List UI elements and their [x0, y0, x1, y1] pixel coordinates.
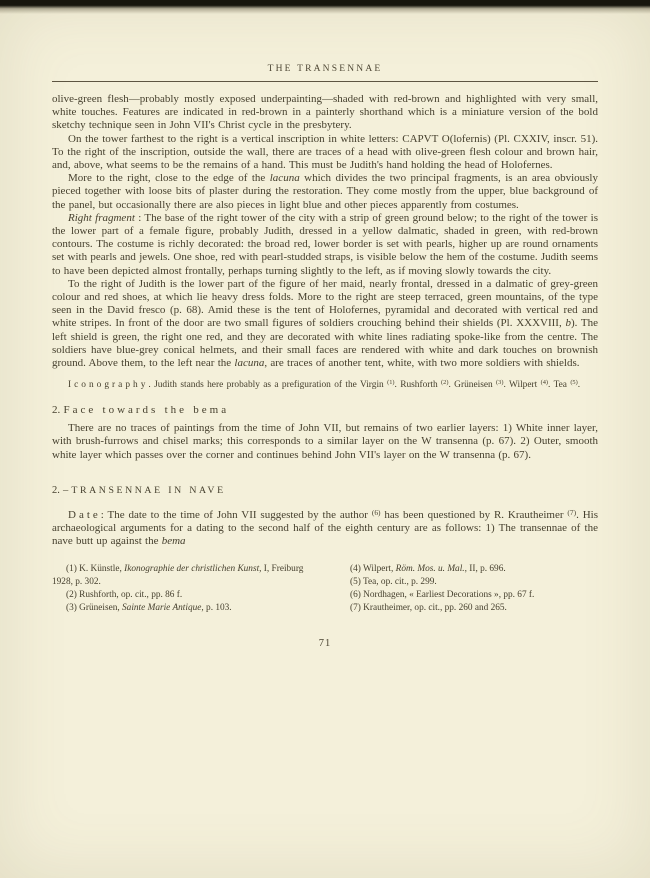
book-page: THE TRANSENNAE olive-green flesh—probabl…: [0, 0, 650, 878]
page-body: olive-green flesh—probably mostly expose…: [52, 93, 598, 548]
text-segment: Sainte Marie Antique: [122, 603, 201, 613]
running-head: THE TRANSENNAE: [0, 64, 650, 74]
scan-top-edge: [0, 0, 650, 14]
text-segment: , p. 103.: [201, 603, 231, 613]
paragraph: To the right of Judith is the lower part…: [52, 278, 598, 370]
text-segment: (2) Rushforth, op. cit., pp. 86 f.: [66, 590, 182, 600]
text-segment: Transennae in nave: [71, 485, 225, 496]
section-heading: 2. – Transennae in nave: [52, 484, 598, 497]
text-segment: . Tea: [548, 380, 570, 390]
footnotes-left-column: (1) K. Künstle, Ikonographie der christl…: [52, 563, 314, 615]
text-segment: . Grüneisen: [448, 380, 496, 390]
text-segment: (4) Wilpert,: [350, 564, 396, 574]
footnotes: (1) K. Künstle, Ikonographie der christl…: [52, 563, 598, 615]
text-segment: (4): [541, 379, 548, 386]
footnote: (7) Krautheimer, op. cit., pp. 260 and 2…: [336, 602, 598, 615]
subheading: 2. Face towards the bema: [52, 404, 598, 417]
text-segment: . Wilpert: [503, 380, 540, 390]
text-segment: (6) Nordhagen, « Earliest Decorations »,…: [350, 590, 534, 600]
paragraph: There are no traces of paintings from th…: [52, 422, 598, 462]
text-segment: . Judith stands here probably as a prefi…: [148, 380, 387, 390]
footnote: (6) Nordhagen, « Earliest Decorations »,…: [336, 589, 598, 602]
text-segment: 2.: [52, 404, 64, 416]
text-segment: (3) Grüneisen,: [66, 603, 122, 613]
text-segment: : The date to the time of John VII sugge…: [101, 509, 372, 521]
text-segment: (1): [387, 379, 394, 386]
text-segment: (7) Krautheimer, op. cit., pp. 260 and 2…: [350, 603, 507, 613]
text-segment: There are no traces of paintings from th…: [52, 422, 598, 460]
header-rule: [52, 81, 598, 82]
footnote: (1) K. Künstle, Ikonographie der christl…: [52, 563, 314, 589]
text-segment: (6): [372, 508, 381, 517]
text-segment: (5) Tea, op. cit., p. 299.: [350, 577, 437, 587]
text-segment: To the right of Judith is the lower part…: [52, 278, 598, 330]
iconography-note: Iconography. Judith stands here probably…: [52, 376, 598, 392]
footnote: (5) Tea, op. cit., p. 299.: [336, 576, 598, 589]
text-segment: (1) K. Künstle,: [66, 564, 124, 574]
paragraph: On the tower farthest to the right is a …: [52, 133, 598, 173]
text-segment: , are traces of another tent, white, wit…: [264, 357, 579, 369]
footnote: (3) Grüneisen, Sainte Marie Antique, p. …: [52, 602, 314, 615]
text-segment: Ikonographie der christlichen Kunst: [124, 564, 259, 574]
paragraph: More to the right, close to the edge of …: [52, 172, 598, 212]
text-segment: Right fragment: [68, 212, 135, 224]
footnotes-right-column: (4) Wilpert, Röm. Mos. u. Mal., II, p. 6…: [336, 563, 598, 615]
text-segment: On the tower farthest to the right is a …: [52, 133, 598, 171]
text-segment: Date: [68, 509, 101, 521]
text-segment: Face towards the bema: [64, 404, 230, 416]
footnote: (4) Wilpert, Röm. Mos. u. Mal., II, p. 6…: [336, 563, 598, 576]
paragraph: olive-green flesh—probably mostly expose…: [52, 93, 598, 133]
footnote: (2) Rushforth, op. cit., pp. 86 f.: [52, 589, 314, 602]
text-segment: Röm. Mos. u. Mal.: [396, 564, 465, 574]
paragraph: Date: The date to the time of John VII s…: [52, 506, 598, 549]
text-segment: has been questioned by R. Krautheimer: [381, 509, 568, 521]
text-segment: .: [578, 380, 580, 390]
text-segment: (5): [570, 379, 577, 386]
text-segment: bema: [162, 535, 186, 547]
text-segment: . Rushforth: [395, 380, 442, 390]
text-segment: Iconography: [68, 380, 148, 390]
text-segment: (7): [567, 508, 576, 517]
text-segment: : The base of the right tower of the cit…: [52, 212, 598, 277]
text-segment: More to the right, close to the edge of …: [68, 172, 270, 184]
text-segment: olive-green flesh—probably mostly expose…: [52, 93, 598, 131]
text-segment: lacuna: [234, 357, 264, 369]
paragraph: Right fragment : The base of the right t…: [52, 212, 598, 278]
text-segment: lacuna: [270, 172, 300, 184]
page-number: 71: [0, 638, 650, 649]
text-segment: , II, p. 696.: [465, 564, 506, 574]
text-segment: 2. –: [52, 485, 71, 496]
